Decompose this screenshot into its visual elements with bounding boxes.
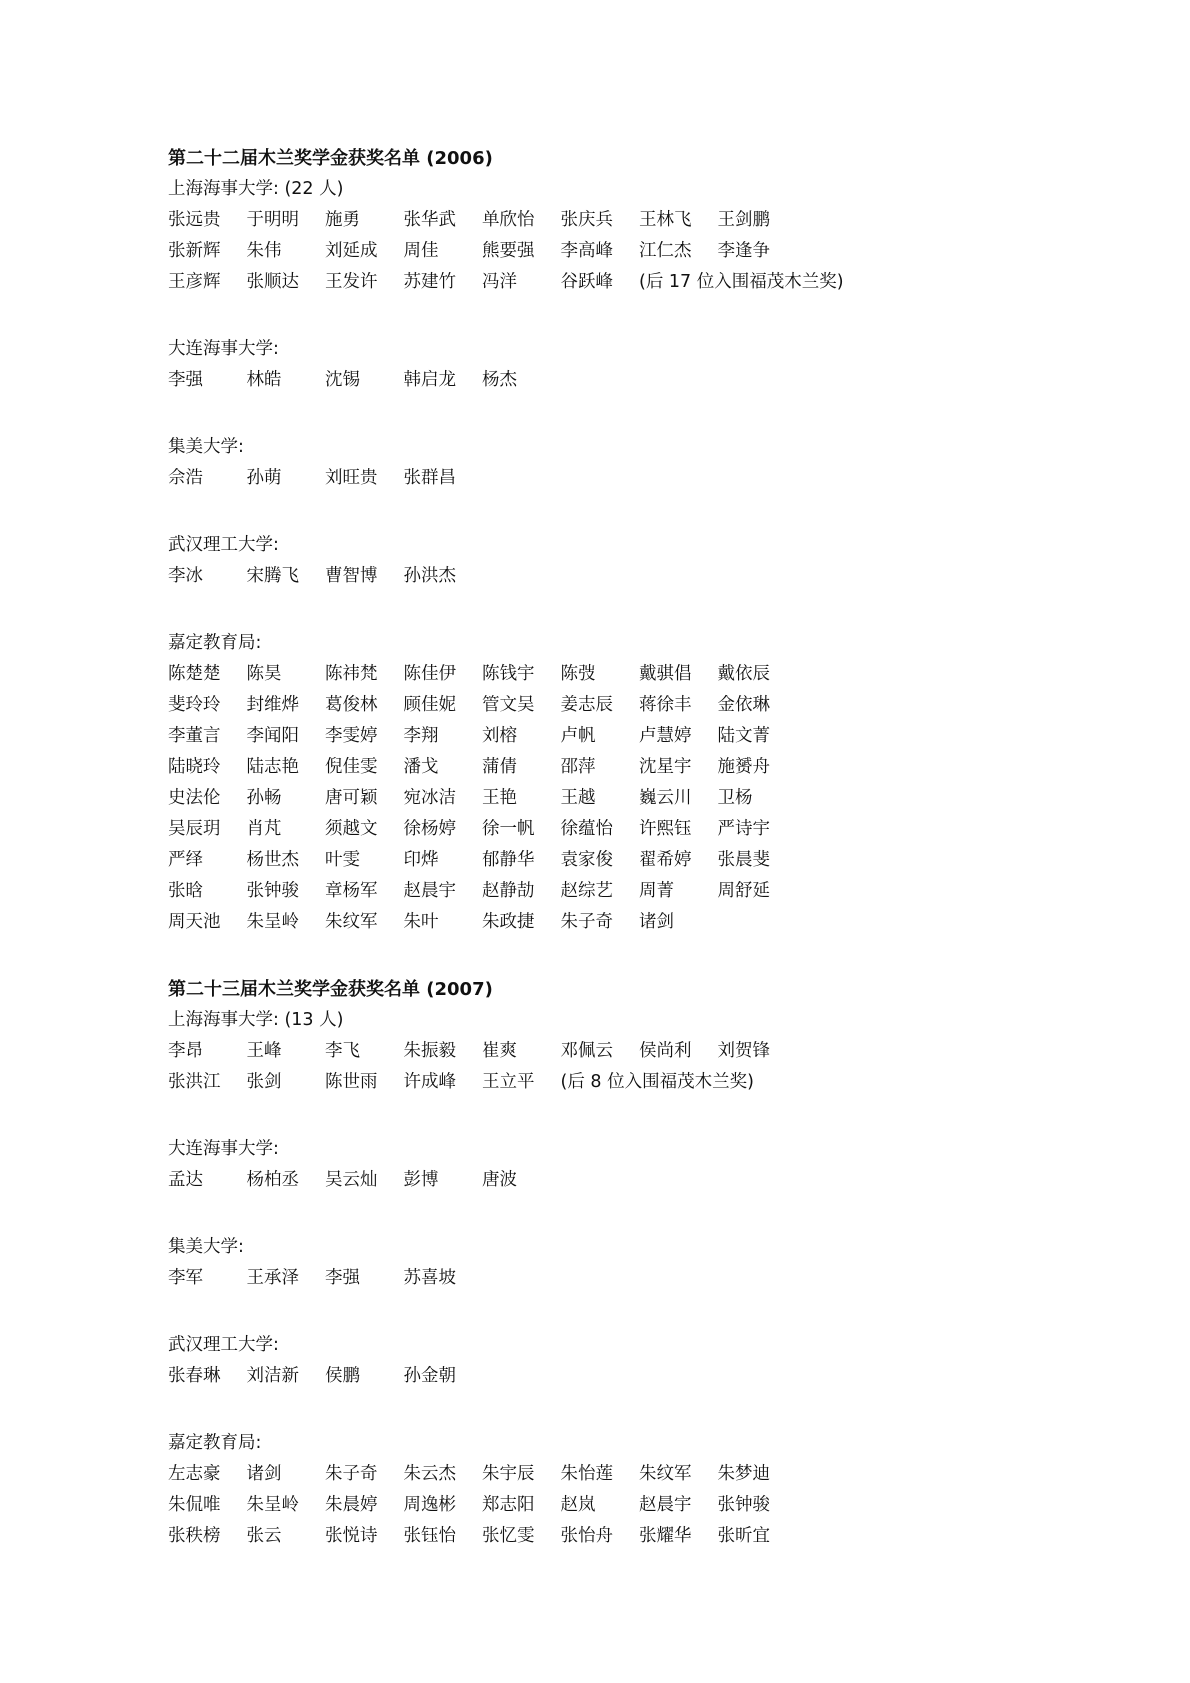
winner-name: 李逢争	[718, 236, 797, 267]
names-row: 斐玲玲封维烨葛俊林顾佳妮管文吴姜志辰蒋徐丰金依琳	[168, 690, 888, 721]
winner-name: 赵晨宇	[404, 876, 483, 907]
winner-name: 印烨	[404, 845, 483, 876]
names-row: 李昂王峰李飞朱振毅崔爽邓佩云侯尚利刘贺锋	[168, 1036, 888, 1067]
winner-name: 吴云灿	[325, 1165, 404, 1196]
institution-group: 集美大学:佘浩孙萌刘旺贵张群昌	[168, 432, 888, 494]
winner-name: 周逸彬	[404, 1490, 483, 1521]
winner-name: 许成峰	[404, 1067, 483, 1098]
winner-name: 赵岚	[561, 1490, 640, 1521]
names-row: 陈楚楚陈昊陈祎梵陈佳伊陈钱宇陈弢戴骐倡戴依辰	[168, 659, 888, 690]
winner-name: 朱振毅	[404, 1036, 483, 1067]
winner-name: 王林飞	[639, 205, 718, 236]
winner-name: 张钟骏	[718, 1490, 797, 1521]
winner-name: 肖芃	[247, 814, 326, 845]
winner-name: 李昂	[168, 1036, 247, 1067]
winner-name: 王艳	[482, 783, 561, 814]
winner-name: 陈弢	[561, 659, 640, 690]
winner-name: 李冰	[168, 561, 247, 592]
names-row: 张远贵于明明施勇张华武单欣怡张庆兵王林飞王剑鹏	[168, 205, 888, 236]
names-row: 张新辉朱伟刘延成周佳熊要强李高峰江仁杰李逢争	[168, 236, 888, 267]
winner-name: 郑志阳	[482, 1490, 561, 1521]
winner-name: 张耀华	[639, 1521, 718, 1552]
winner-name: 朱晨婷	[325, 1490, 404, 1521]
names-row: 李董言李闻阳李雯婷李翔刘榕卢帆卢慧婷陆文菁	[168, 721, 888, 752]
award-section: 第二十二届木兰奖学金获奖名单 (2006)上海海事大学: (22 人)张远贵于明…	[168, 143, 888, 938]
institution-group: 嘉定教育局:左志豪诸剑朱子奇朱云杰朱宇辰朱怡莲朱纹军朱梦迪朱侃唯朱呈岭朱晨婷周逸…	[168, 1428, 888, 1552]
names-row: 佘浩孙萌刘旺贵张群昌	[168, 463, 888, 494]
winner-name: 王剑鹏	[718, 205, 797, 236]
winner-name: 宋腾飞	[247, 561, 326, 592]
winner-name: 孙金朝	[404, 1361, 483, 1392]
winner-name: 李翔	[404, 721, 483, 752]
winner-name: 刘洁新	[247, 1361, 326, 1392]
winner-name: 杨世杰	[247, 845, 326, 876]
winner-name: 卢帆	[561, 721, 640, 752]
winner-name: 朱子奇	[561, 907, 640, 938]
winner-name: 邵萍	[561, 752, 640, 783]
winner-name: 陈钱宇	[482, 659, 561, 690]
institution-group: 武汉理工大学:李冰宋腾飞曹智博孙洪杰	[168, 530, 888, 592]
winner-name: 朱纹军	[325, 907, 404, 938]
winner-name: 陈昊	[247, 659, 326, 690]
winner-name: 苏喜坡	[404, 1263, 483, 1294]
institution-header: 集美大学:	[168, 1232, 888, 1263]
winner-name: 顾佳妮	[404, 690, 483, 721]
winner-name: 张剑	[247, 1067, 326, 1098]
names-row: 陆晓玲陆志艳倪佳雯潘戈蒲倩邵萍沈星宇施赟舟	[168, 752, 888, 783]
winner-name: 卢慧婷	[639, 721, 718, 752]
institution-header: 上海海事大学: (13 人)	[168, 1005, 888, 1036]
winner-name: 赵静劼	[482, 876, 561, 907]
winner-name: 林皓	[247, 365, 326, 396]
winner-name: 朱政捷	[482, 907, 561, 938]
winner-name: 张悦诗	[325, 1521, 404, 1552]
names-row: 李军王承泽李强苏喜坡	[168, 1263, 888, 1294]
winner-name: 管文吴	[482, 690, 561, 721]
winner-name: 朱纹军	[639, 1459, 718, 1490]
winner-name: 须越文	[325, 814, 404, 845]
winner-name: 朱云杰	[404, 1459, 483, 1490]
winner-name: 姜志辰	[561, 690, 640, 721]
names-row: 张春琳刘洁新侯鹏孙金朝	[168, 1361, 888, 1392]
winner-name: 宛冰洁	[404, 783, 483, 814]
institution-group: 武汉理工大学:张春琳刘洁新侯鹏孙金朝	[168, 1330, 888, 1392]
winner-name: 王彦辉	[168, 267, 247, 298]
institution-header: 武汉理工大学:	[168, 1330, 888, 1361]
winner-name: 诸剑	[639, 907, 718, 938]
winner-name: 赵晨宇	[639, 1490, 718, 1521]
winner-name: 张群昌	[404, 463, 483, 494]
winner-name: 谷跃峰	[561, 267, 640, 298]
winner-name: 陈祎梵	[325, 659, 404, 690]
winner-name: 孙洪杰	[404, 561, 483, 592]
names-row: 史法伦孙畅唐可颖宛冰洁王艳王越巍云川卫杨	[168, 783, 888, 814]
winner-name: 左志豪	[168, 1459, 247, 1490]
names-row: 张晗张钟骏章杨军赵晨宇赵静劼赵综艺周菁周舒延	[168, 876, 888, 907]
names-row: 严绎杨世杰叶雯印烨郁静华袁家俊翟希婷张晨斐	[168, 845, 888, 876]
qualification-note: (后 8 位入围福茂木兰奖)	[561, 1067, 797, 1098]
names-row: 张洪江张剑陈世雨许成峰王立平(后 8 位入围福茂木兰奖)	[168, 1067, 888, 1098]
institution-group: 嘉定教育局:陈楚楚陈昊陈祎梵陈佳伊陈钱宇陈弢戴骐倡戴依辰斐玲玲封维烨葛俊林顾佳妮…	[168, 628, 888, 938]
winner-name: 张春琳	[168, 1361, 247, 1392]
winner-name: 张忆雯	[482, 1521, 561, 1552]
winner-name: 刘榕	[482, 721, 561, 752]
winner-name: 孟达	[168, 1165, 247, 1196]
winner-name: 刘延成	[325, 236, 404, 267]
winner-name: 许熙钰	[639, 814, 718, 845]
winner-name: 侯鹏	[325, 1361, 404, 1392]
names-row: 孟达杨柏丞吴云灿彭博唐波	[168, 1165, 888, 1196]
winner-name: 冯洋	[482, 267, 561, 298]
winner-name: 朱叶	[404, 907, 483, 938]
winner-name: 严诗宇	[718, 814, 797, 845]
winner-name: 周舒延	[718, 876, 797, 907]
winner-name: 史法伦	[168, 783, 247, 814]
winner-name: 苏建竹	[404, 267, 483, 298]
winner-name: 李强	[168, 365, 247, 396]
winner-name: 曹智博	[325, 561, 404, 592]
winner-name: 孙萌	[247, 463, 326, 494]
names-row: 朱侃唯朱呈岭朱晨婷周逸彬郑志阳赵岚赵晨宇张钟骏	[168, 1490, 888, 1521]
winner-name: 于明明	[247, 205, 326, 236]
winner-name: 戴骐倡	[639, 659, 718, 690]
winner-name: 杨柏丞	[247, 1165, 326, 1196]
winner-name: 韩启龙	[404, 365, 483, 396]
names-row: 李强林皓沈锡韩启龙杨杰	[168, 365, 888, 396]
winner-name: 唐波	[482, 1165, 561, 1196]
winner-name: 张怡舟	[561, 1521, 640, 1552]
names-row: 周天池朱呈岭朱纹军朱叶朱政捷朱子奇诸剑	[168, 907, 888, 938]
winner-name: 刘贺锋	[718, 1036, 797, 1067]
institution-header: 嘉定教育局:	[168, 1428, 888, 1459]
winner-name: 施勇	[325, 205, 404, 236]
winner-name: 陈世雨	[325, 1067, 404, 1098]
institution-header: 大连海事大学:	[168, 334, 888, 365]
winner-name: 施赟舟	[718, 752, 797, 783]
award-section: 第二十三届木兰奖学金获奖名单 (2007)上海海事大学: (13 人)李昂王峰李…	[168, 974, 888, 1552]
winner-name: 周天池	[168, 907, 247, 938]
winner-name: 王峰	[247, 1036, 326, 1067]
winner-name: 张顺达	[247, 267, 326, 298]
winner-name: 朱梦迪	[718, 1459, 797, 1490]
winner-name: 单欣怡	[482, 205, 561, 236]
institution-group: 大连海事大学:孟达杨柏丞吴云灿彭博唐波	[168, 1134, 888, 1196]
winner-name: 孙畅	[247, 783, 326, 814]
winner-name: 朱呈岭	[247, 1490, 326, 1521]
winner-name: 杨杰	[482, 365, 561, 396]
winner-name: 朱宇辰	[482, 1459, 561, 1490]
institution-header: 集美大学:	[168, 432, 888, 463]
winner-name: 张钰怡	[404, 1521, 483, 1552]
winner-name: 巍云川	[639, 783, 718, 814]
winner-name: 蒲倩	[482, 752, 561, 783]
winner-name: 卫杨	[718, 783, 797, 814]
institution-group: 上海海事大学: (22 人)张远贵于明明施勇张华武单欣怡张庆兵王林飞王剑鹏张新辉…	[168, 174, 888, 298]
names-row: 李冰宋腾飞曹智博孙洪杰	[168, 561, 888, 592]
institution-header: 上海海事大学: (22 人)	[168, 174, 888, 205]
winner-name: 斐玲玲	[168, 690, 247, 721]
winner-name: 叶雯	[325, 845, 404, 876]
winner-name: 金依琳	[718, 690, 797, 721]
winner-name: 张晨斐	[718, 845, 797, 876]
winner-name: 崔爽	[482, 1036, 561, 1067]
names-row: 左志豪诸剑朱子奇朱云杰朱宇辰朱怡莲朱纹军朱梦迪	[168, 1459, 888, 1490]
winner-name: 朱子奇	[325, 1459, 404, 1490]
winner-name: 张秩榜	[168, 1521, 247, 1552]
winner-name: 李雯婷	[325, 721, 404, 752]
winner-name: 朱伟	[247, 236, 326, 267]
winner-name: 李飞	[325, 1036, 404, 1067]
institution-group: 上海海事大学: (13 人)李昂王峰李飞朱振毅崔爽邓佩云侯尚利刘贺锋张洪江张剑陈…	[168, 1005, 888, 1098]
winner-name: 张华武	[404, 205, 483, 236]
winner-name: 张云	[247, 1521, 326, 1552]
winner-name: 诸剑	[247, 1459, 326, 1490]
winner-name: 蒋徐丰	[639, 690, 718, 721]
winner-name: 彭博	[404, 1165, 483, 1196]
winner-name: 张昕宜	[718, 1521, 797, 1552]
winner-name: 潘戈	[404, 752, 483, 783]
winner-name: 熊要强	[482, 236, 561, 267]
winner-name: 张洪江	[168, 1067, 247, 1098]
winner-name: 陆志艳	[247, 752, 326, 783]
winner-name: 周佳	[404, 236, 483, 267]
winner-name: 赵综艺	[561, 876, 640, 907]
winner-name: 陈楚楚	[168, 659, 247, 690]
winner-name: 朱怡莲	[561, 1459, 640, 1490]
winner-name: 张新辉	[168, 236, 247, 267]
winner-name: 江仁杰	[639, 236, 718, 267]
winner-name: 陈佳伊	[404, 659, 483, 690]
winner-name: 徐蕴怡	[561, 814, 640, 845]
winner-name: 沈锡	[325, 365, 404, 396]
winner-name: 徐一帆	[482, 814, 561, 845]
winner-name: 徐杨婷	[404, 814, 483, 845]
winner-name: 王立平	[482, 1067, 561, 1098]
winner-name: 陆文菁	[718, 721, 797, 752]
winner-name: 倪佳雯	[325, 752, 404, 783]
names-row: 王彦辉张顺达王发许苏建竹冯洋谷跃峰(后 17 位入围福茂木兰奖)	[168, 267, 888, 298]
winner-name: 翟希婷	[639, 845, 718, 876]
winner-name: 佘浩	[168, 463, 247, 494]
section-title: 第二十三届木兰奖学金获奖名单 (2007)	[168, 974, 888, 1005]
winner-name: 严绎	[168, 845, 247, 876]
names-row: 吴辰玥肖芃须越文徐杨婷徐一帆徐蕴怡许熙钰严诗宇	[168, 814, 888, 845]
winner-name: 陆晓玲	[168, 752, 247, 783]
institution-group: 集美大学:李军王承泽李强苏喜坡	[168, 1232, 888, 1294]
winner-name: 吴辰玥	[168, 814, 247, 845]
winner-name: 周菁	[639, 876, 718, 907]
winner-name: 刘旺贵	[325, 463, 404, 494]
winner-name: 章杨军	[325, 876, 404, 907]
winner-name: 唐可颖	[325, 783, 404, 814]
institution-header: 嘉定教育局:	[168, 628, 888, 659]
winner-name: 封维烨	[247, 690, 326, 721]
winner-name: 王承泽	[247, 1263, 326, 1294]
winner-name: 张晗	[168, 876, 247, 907]
winner-name: 张庆兵	[561, 205, 640, 236]
winner-name: 李董言	[168, 721, 247, 752]
winner-name: 王发许	[325, 267, 404, 298]
qualification-note: (后 17 位入围福茂木兰奖)	[639, 267, 796, 298]
winner-name: 李闻阳	[247, 721, 326, 752]
institution-header: 武汉理工大学:	[168, 530, 888, 561]
institution-group: 大连海事大学:李强林皓沈锡韩启龙杨杰	[168, 334, 888, 396]
names-row: 张秩榜张云张悦诗张钰怡张忆雯张怡舟张耀华张昕宜	[168, 1521, 888, 1552]
winner-name: 张远贵	[168, 205, 247, 236]
winner-name: 王越	[561, 783, 640, 814]
winner-name: 郁静华	[482, 845, 561, 876]
winner-name: 葛俊林	[325, 690, 404, 721]
winner-name: 沈星宇	[639, 752, 718, 783]
winner-name: 朱呈岭	[247, 907, 326, 938]
winner-name: 张钟骏	[247, 876, 326, 907]
winner-name: 李军	[168, 1263, 247, 1294]
institution-header: 大连海事大学:	[168, 1134, 888, 1165]
winner-name: 李强	[325, 1263, 404, 1294]
document-page: 第二十二届木兰奖学金获奖名单 (2006)上海海事大学: (22 人)张远贵于明…	[168, 143, 888, 1552]
winner-name: 邓佩云	[561, 1036, 640, 1067]
winner-name: 戴依辰	[718, 659, 797, 690]
section-title: 第二十二届木兰奖学金获奖名单 (2006)	[168, 143, 888, 174]
winner-name: 朱侃唯	[168, 1490, 247, 1521]
winner-name: 李高峰	[561, 236, 640, 267]
winner-name: 袁家俊	[561, 845, 640, 876]
winner-name: 侯尚利	[639, 1036, 718, 1067]
